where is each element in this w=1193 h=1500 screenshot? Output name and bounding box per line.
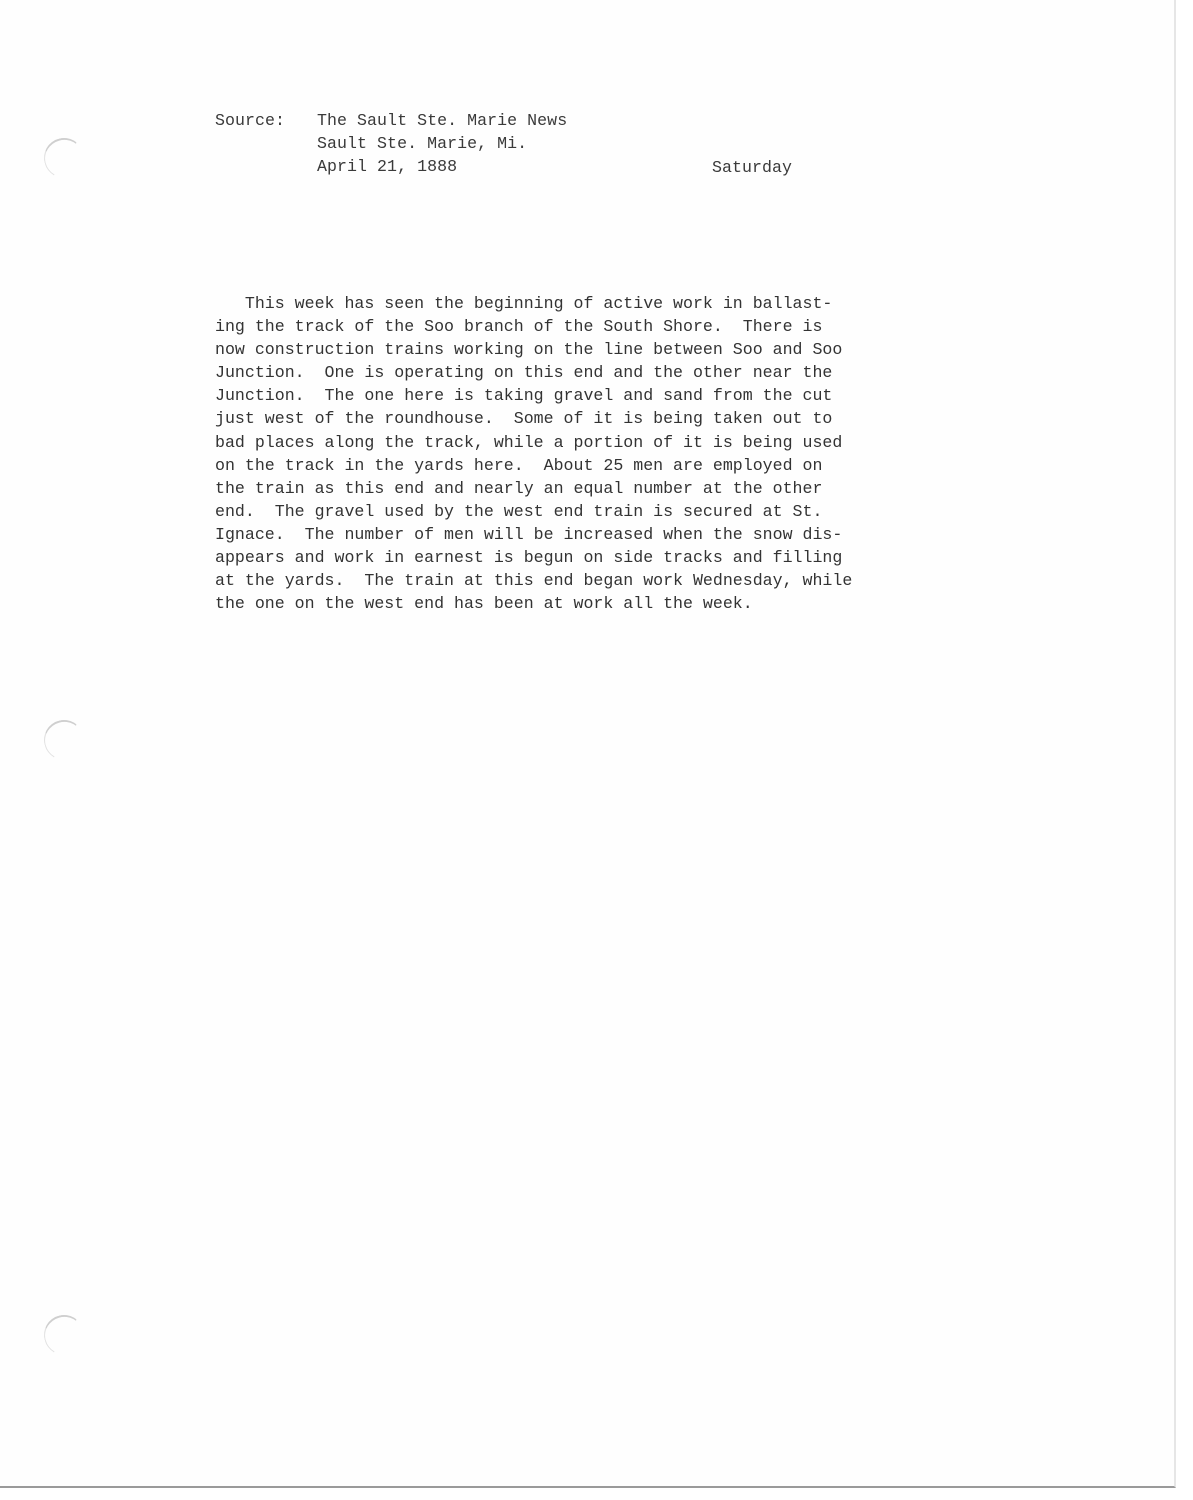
body-line: at the yards. The train at this end bega…	[215, 569, 852, 592]
body-line: now construction trains working on the l…	[215, 338, 852, 361]
body-line: Junction. One is operating on this end a…	[215, 361, 852, 384]
hole-punch-mark-top	[40, 134, 89, 183]
source-label: Source:	[215, 111, 285, 130]
body-line: bad places along the track, while a port…	[215, 431, 852, 454]
body-line: on the track in the yards here. About 25…	[215, 454, 852, 477]
body-line: the train as this end and nearly an equa…	[215, 477, 852, 500]
hole-punch-mark-bottom	[40, 1311, 89, 1360]
body-line: appears and work in earnest is begun on …	[215, 546, 852, 569]
hole-punch-mark-middle	[40, 716, 89, 765]
body-line: end. The gravel used by the west end tra…	[215, 500, 852, 523]
body-line: This week has seen the beginning of acti…	[215, 292, 852, 315]
source-date: April 21, 1888	[317, 157, 457, 176]
article-body: This week has seen the beginning of acti…	[215, 292, 852, 615]
body-line: the one on the west end has been at work…	[215, 592, 852, 615]
body-line: Ignace. The number of men will be increa…	[215, 523, 852, 546]
scanned-page: Source: The Sault Ste. Marie News Sault …	[0, 0, 1176, 1488]
body-line: just west of the roundhouse. Some of it …	[215, 407, 852, 430]
source-publication: The Sault Ste. Marie News	[317, 111, 567, 130]
source-location: Sault Ste. Marie, Mi.	[317, 134, 527, 153]
source-day: Saturday	[712, 158, 792, 177]
body-line: ing the track of the Soo branch of the S…	[215, 315, 852, 338]
body-line: Junction. The one here is taking gravel …	[215, 384, 852, 407]
